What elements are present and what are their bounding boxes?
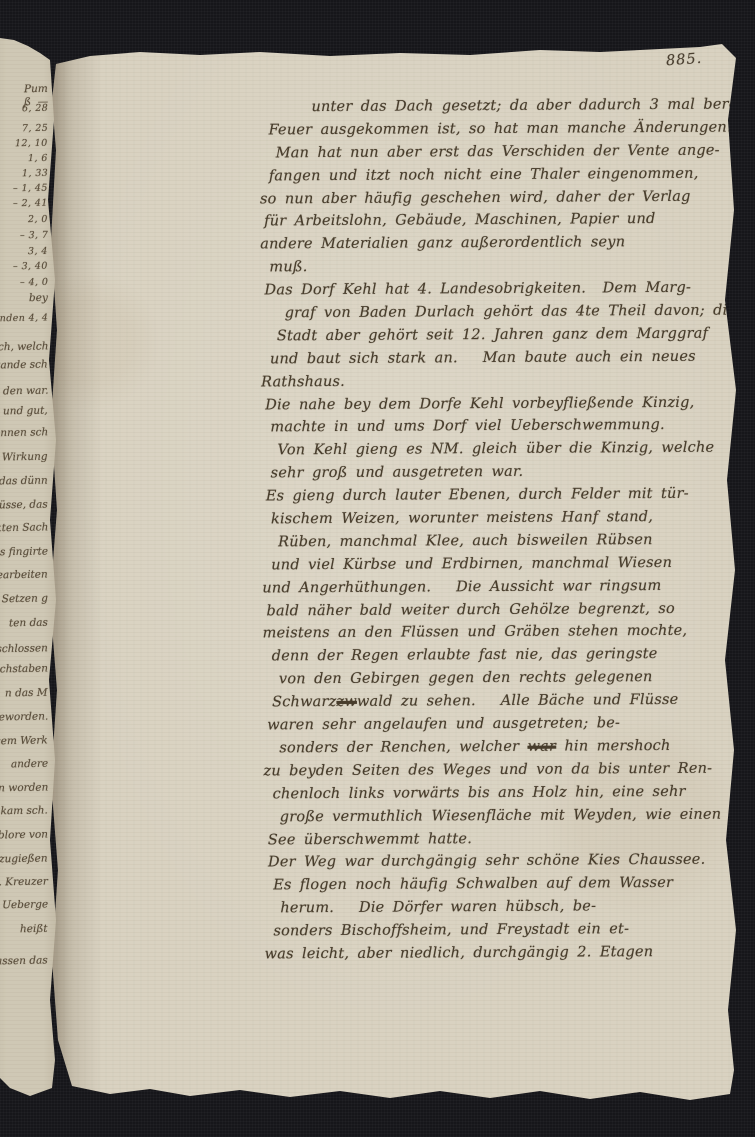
manuscript-line: so nun aber häufig geschehen wird, daher… (260, 185, 720, 211)
margin-fragment: ern worden (0, 782, 48, 794)
margin-fragment: 12, 10 (15, 138, 48, 150)
manuscript-line: meistens an den Flüssen und Gräben stehe… (263, 620, 723, 646)
margin-fragment: blore von (0, 830, 48, 842)
manuscript-page: 885. unter das Dach gesetzt; da aber dad… (0, 0, 755, 1137)
struck-word: war (527, 739, 556, 755)
margin-fragment: andere (11, 759, 48, 771)
margin-fragment: – 2, 41 (13, 198, 48, 210)
manuscript-line: was leicht, aber niedlich, durchgängig 2… (265, 941, 725, 967)
manuscript-line: Der Weg war durchgängig sehr schöne Kies… (268, 849, 724, 875)
manuscript-line: Feuer ausgekommen ist, so hat man manche… (268, 116, 719, 142)
margin-fragment: – 4, 0 (20, 277, 49, 288)
manuscript-line: muß. (269, 254, 720, 280)
manuscript-text-block: unter das Dach gesetzt; da aber dadurch … (259, 94, 724, 967)
margin-fragment: das dünn (0, 476, 48, 488)
margin-fragment: er kam sch. (0, 805, 48, 817)
manuscript-line: Man hat nun aber erst das Verschiden der… (276, 139, 720, 165)
manuscript-line: Schwarzzwwald zu sehen. Alle Bäche und F… (272, 689, 723, 715)
manuscript-line: kischem Weizen, worunter meistens Hanf s… (271, 506, 722, 532)
margin-fragment: das fingirte (0, 546, 48, 558)
manuscript-line: Die nahe bey dem Dorfe Kehl vorbeyfließe… (265, 391, 721, 417)
margin-fragment: 1, 33 (22, 168, 48, 179)
margin-fragment: geworden. (0, 712, 48, 724)
manuscript-line: große vermuthlich Wiesenfläche mit Weyde… (280, 803, 724, 829)
margin-fragment: uchstaben (0, 664, 48, 676)
margin-fragment: massen das (0, 955, 48, 967)
manuscript-line: herum. Die Dörfer waren hübsch, be- (280, 895, 724, 921)
margin-fragment: anzugießen (0, 853, 48, 865)
scanned-book-photo: 885. unter das Dach gesetzt; da aber dad… (0, 0, 755, 1137)
margin-fragment: Stunden 4, 4 (0, 312, 48, 324)
margin-fragment: hüsch, welch (0, 341, 48, 353)
manuscript-line: chenloch links vorwärts bis ans Holz hin… (273, 780, 724, 806)
manuscript-line: und Angerhüthungen. Die Aussicht war rin… (262, 574, 722, 600)
struck-word: zw (336, 694, 357, 710)
manuscript-line: bald näher bald weiter durch Gehölze beg… (266, 597, 722, 623)
manuscript-line: und baut sich stark an. Man baute auch e… (270, 345, 721, 371)
margin-fragment: Wirkung (2, 452, 48, 464)
manuscript-paragraph: unter das Dach gesetzt; da aber dadurch … (259, 94, 720, 280)
manuscript-paragraph: Der Weg war durchgängig sehr schöne Kies… (264, 849, 725, 966)
margin-fragment: gearbeiten (0, 569, 48, 581)
manuscript-line: für Arbeitslohn, Gebäude, Maschinen, Pap… (264, 208, 720, 234)
manuscript-line: Es flogen noch häufig Schwalben auf dem … (273, 872, 724, 898)
manuscript-line: graf von Baden Durlach gehört das 4te Th… (285, 300, 721, 326)
manuscript-paragraph: Das Dorf Kehl hat 4. Landesobrigkeiten. … (260, 277, 721, 394)
manuscript-line: Stadt aber gehört seit 12. Jahren ganz d… (277, 323, 721, 349)
margin-fragment: us geschlossen (0, 643, 48, 655)
manuscript-line: machte in und ums Dorf viel Ueberschwemm… (270, 414, 721, 440)
margin-fragment: ten das (9, 618, 48, 630)
manuscript-line: Es gieng durch lauter Ebenen, durch Feld… (266, 483, 722, 509)
manuscript-line: zu beyden Seiten des Weges und von da bi… (263, 757, 723, 783)
margin-fragment: 2, 0 (28, 214, 48, 225)
margin-fragment: N. Kreuzer (0, 876, 48, 888)
manuscript-line: andere Materialien ganz außerordentlich … (260, 231, 720, 257)
margin-fragment: heißt (20, 924, 48, 935)
manuscript-line: denn der Regen erlaubte fast nie, das ge… (272, 643, 723, 669)
margin-fragment: bey (29, 293, 48, 304)
manuscript-line: Rathshaus. (261, 368, 721, 394)
margin-fragment: Pum (24, 84, 48, 95)
margin-fragment: – 3, 7 (20, 230, 49, 241)
manuscript-line: sonders Bischoffsheim, und Freystadt ein… (273, 918, 724, 944)
margin-fragment: tes Ueberge (0, 899, 48, 911)
margin-fragment: und gut, (3, 406, 48, 418)
page-number: 885. (665, 51, 702, 69)
manuscript-line: sehr groß und ausgetreten war. (271, 460, 722, 486)
manuscript-line: waren sehr angelaufen und ausgetreten; b… (267, 712, 723, 738)
manuscript-line: sonders der Renchen, welcher war hin mer… (279, 735, 723, 761)
manuscript-paragraph: Die nahe bey dem Dorfe Kehl vorbeyfließe… (261, 391, 722, 485)
margin-fragment: – 3, 40 (13, 261, 48, 273)
margin-fragment: n das M (5, 688, 48, 700)
margin-fragment: 3, 4 (28, 246, 48, 257)
margin-fragment: Stande sch (0, 359, 48, 371)
margin-fragment: den war. (2, 386, 48, 398)
manuscript-line: unter das Dach gesetzt; da aber dadurch … (311, 94, 719, 119)
margin-fragment: diesem Werk (0, 735, 48, 747)
manuscript-line: von den Gebirgen gegen den rechts gelege… (279, 666, 723, 692)
manuscript-line: Von Kehl gieng es NM. gleich über die Ki… (277, 437, 721, 463)
margin-fragment: 6, 28 (22, 103, 48, 114)
margin-fragment: 1, 6 (28, 153, 48, 164)
margin-fragment: 7, 25 (22, 123, 48, 134)
manuscript-line: fangen und itzt noch nicht eine Thaler e… (269, 162, 720, 188)
manuscript-line: Das Dorf Kehl hat 4. Landesobrigkeiten. … (264, 277, 720, 303)
manuscript-paragraph: Es gieng durch lauter Ebenen, durch Feld… (262, 483, 724, 852)
gutter-shadow (50, 40, 102, 1105)
manuscript-line: Rüben, manchmal Klee, auch bisweilen Rüb… (278, 529, 722, 555)
margin-fragment: gesponnen sch (0, 427, 48, 439)
margin-fragment: – 1, 45 (13, 183, 48, 195)
manuscript-line: See überschwemmt hatte. (268, 826, 724, 852)
margin-fragment: das Setzen g (0, 593, 48, 605)
manuscript-line: und viel Kürbse und Erdbirnen, manchmal … (271, 551, 722, 577)
margin-fragment: müsse, das (0, 499, 48, 511)
margin-fragment: druckten Sach (0, 522, 48, 534)
